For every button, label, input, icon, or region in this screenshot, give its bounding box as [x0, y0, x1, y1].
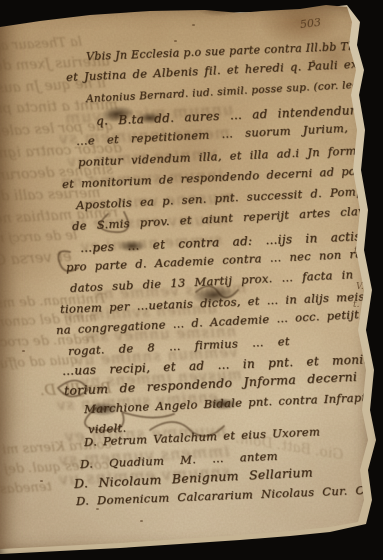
manuscript-page: la Thesaur ad ulterius Jxem da il ne que… [0, 0, 383, 560]
paper-speck [40, 480, 43, 482]
paper-speck [140, 520, 143, 522]
bleedthrough-line: tenedas [0, 481, 52, 497]
paper-speck [22, 350, 25, 352]
photograph: la Thesaur ad ulterius Jxem da il ne que… [0, 0, 383, 560]
bleedthrough-line: et versa G [0, 249, 72, 268]
bleedthrough-line: le de arccj m [0, 229, 77, 246]
paper-speck [192, 24, 195, 26]
folio-number: 503 [299, 16, 321, 31]
paper-speck [174, 40, 177, 42]
paper-speck [96, 508, 99, 510]
